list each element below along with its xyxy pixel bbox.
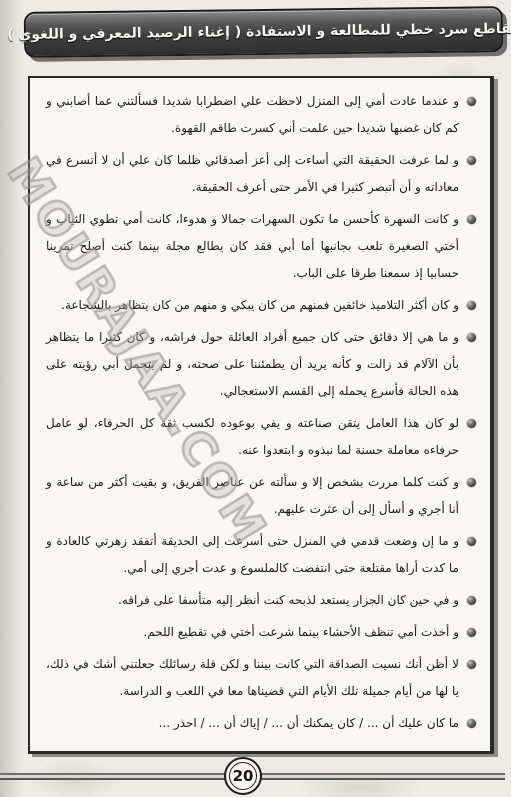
paragraph: و أخذت أمي تنظف الأحشاء بينما شرعت أختي … — [46, 619, 476, 646]
bullet-icon — [467, 97, 476, 106]
paragraph: و في حين كان الجزار يستعد لذبحه كنت أنظر… — [46, 587, 476, 614]
paragraph: و عندما عادت أمي إلى المنزل لاحظت علي اض… — [46, 88, 476, 142]
bullet-icon — [467, 156, 476, 165]
paragraph-text: و في حين كان الجزار يستعد لذبحه كنت أنظر… — [118, 593, 459, 607]
paragraph: و لما عرفت الحقيقة التي أساءت إلى أعز أص… — [46, 147, 476, 201]
bullet-icon — [467, 301, 476, 310]
page-title: مقاطع سرد خطي للمطالعة و الاستفادة ( إغن… — [7, 21, 511, 43]
bullet-icon — [467, 333, 476, 342]
page-number: 20 — [233, 767, 254, 785]
paragraph-text: و كانت السهرة كأحسن ما تكون السهرات جمال… — [46, 212, 459, 280]
paragraph-text: و ما إن وضعت قدمي في المنزل حتى أسرعت إل… — [46, 534, 459, 575]
paragraph-text: و عندما عادت أمي إلى المنزل لاحظت علي اض… — [46, 94, 459, 135]
paragraph-text: و أخذت أمي تنظف الأحشاء بينما شرعت أختي … — [143, 625, 459, 639]
page-number-inner-ring: 20 — [229, 762, 257, 790]
paragraph: و ما هي إلا دقائق حتى كان جميع أفراد الع… — [46, 324, 476, 405]
bullet-icon — [467, 660, 476, 669]
scan-edge-shadow — [0, 0, 22, 797]
paragraph: ما كان عليك أن ... / كان يمكنك أن ... / … — [46, 710, 476, 737]
content-box: و عندما عادت أمي إلى المنزل لاحظت علي اض… — [28, 76, 494, 754]
bullet-icon — [467, 478, 476, 487]
bullet-icon — [467, 596, 476, 605]
paragraph-text: لو كان هذا العامل يتقن صناعته و يفي بوعو… — [46, 416, 459, 457]
paragraph-text: و لما عرفت الحقيقة التي أساءت إلى أعز أص… — [46, 153, 459, 194]
bullet-icon — [467, 719, 476, 728]
bullet-icon — [467, 537, 476, 546]
paragraph-text: و ما هي إلا دقائق حتى كان جميع أفراد الع… — [46, 330, 459, 398]
scanned-document-page: { "page": { "title": "مقاطع سرد خطي للمط… — [0, 0, 511, 797]
page-number-badge: 20 — [224, 757, 262, 795]
paragraph: و كنت كلما مررت بشخص إلا و سألته عن عناص… — [46, 469, 476, 523]
bullet-icon — [467, 628, 476, 637]
paragraph-text: و كنت كلما مررت بشخص إلا و سألته عن عناص… — [46, 475, 459, 516]
paragraph-text: ما كان عليك أن ... / كان يمكنك أن ... / … — [159, 716, 459, 730]
bullet-icon — [467, 419, 476, 428]
paragraph: و ما إن وضعت قدمي في المنزل حتى أسرعت إل… — [46, 528, 476, 582]
paragraph-text: لا أظن أنك نسيت الصداقة التي كانت بيننا … — [46, 657, 459, 698]
paragraph: لو كان هذا العامل يتقن صناعته و يفي بوعو… — [46, 410, 476, 464]
paragraph: و كانت السهرة كأحسن ما تكون السهرات جمال… — [46, 206, 476, 287]
title-banner: مقاطع سرد خطي للمطالعة و الاستفادة ( إغن… — [24, 6, 504, 58]
paragraph-text: و كان أكثر التلاميذ خائفين فمنهم من كان … — [61, 298, 459, 312]
bullet-icon — [467, 215, 476, 224]
paragraph: لا أظن أنك نسيت الصداقة التي كانت بيننا … — [46, 651, 476, 705]
paragraph: و كان أكثر التلاميذ خائفين فمنهم من كان … — [46, 292, 476, 319]
